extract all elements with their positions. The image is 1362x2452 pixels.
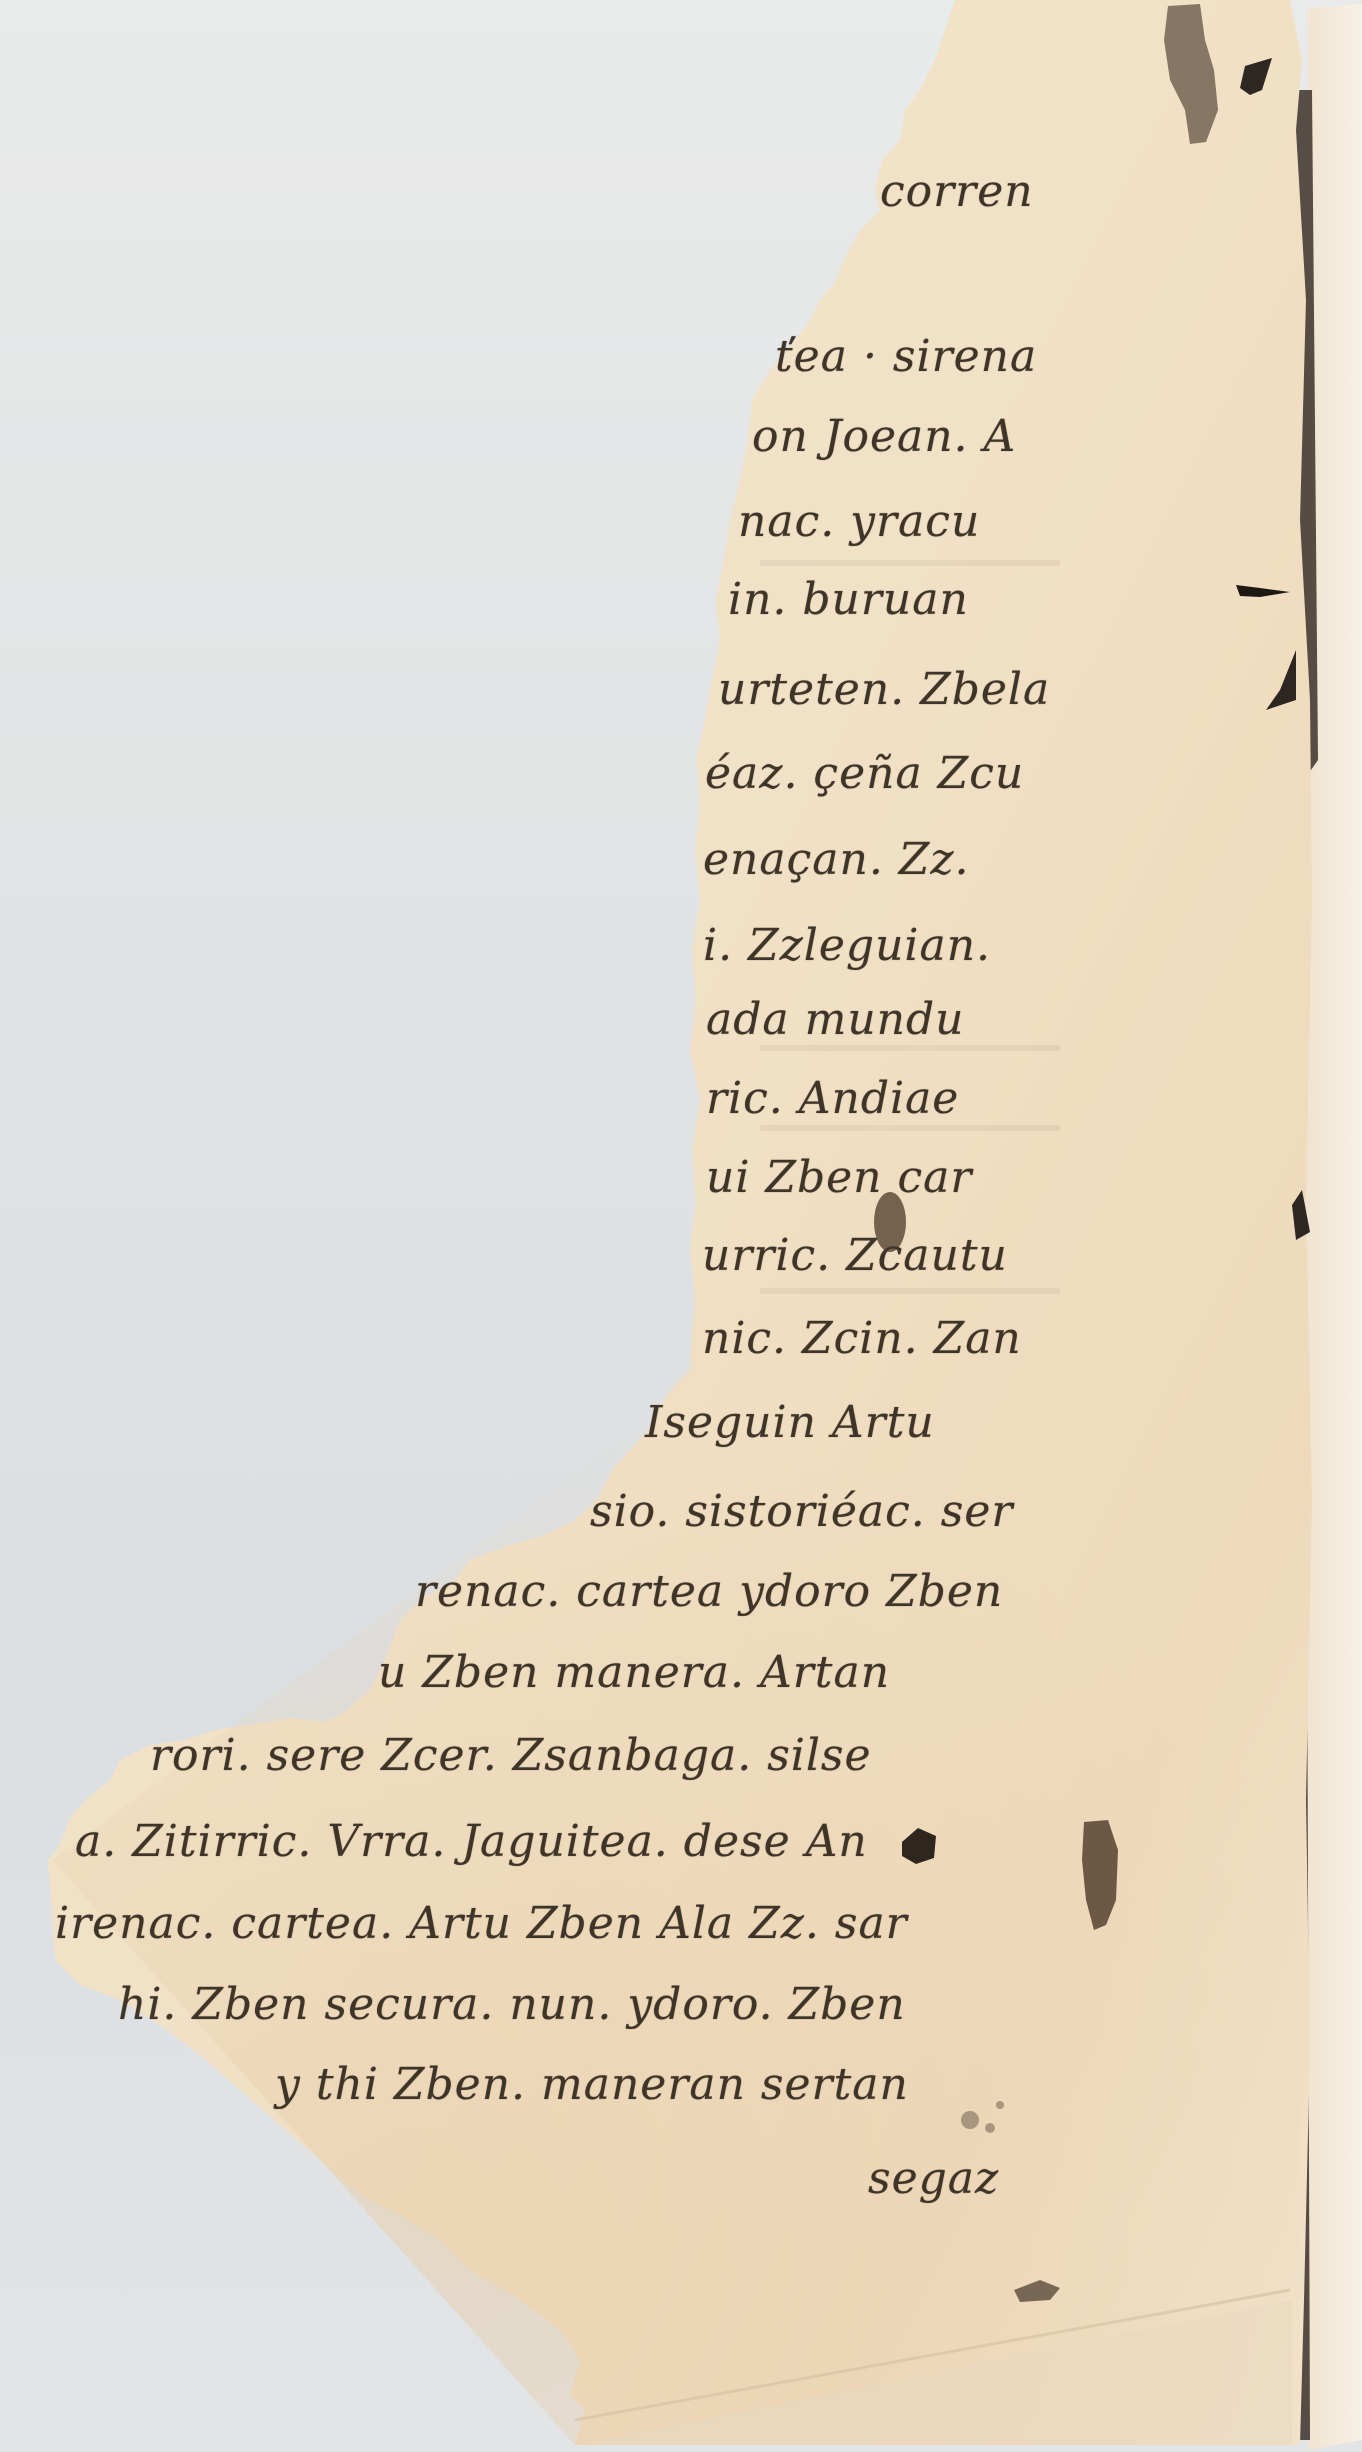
manuscript-line: ada mundu: [706, 998, 965, 1042]
manuscript-line: in. buruan: [728, 578, 969, 622]
manuscript-line: urteten. Zbela: [718, 668, 1050, 712]
manuscript-line: u Zben manera. Artan: [378, 1651, 890, 1695]
manuscript-line: Iseguin Artu: [645, 1401, 935, 1445]
manuscript-text: corren ťea · sirena on Joean. A nac. yra…: [0, 0, 1362, 2452]
manuscript-line: nic. Zcin. Zan: [702, 1317, 1022, 1361]
manuscript-line: sio. sistoriéac. ser: [590, 1490, 1013, 1534]
manuscript-scan: corren ťea · sirena on Joean. A nac. yra…: [0, 0, 1362, 2452]
manuscript-line: a. Zitirric. Vrra. Jaguitea. dese An: [75, 1820, 868, 1864]
manuscript-line: urric. Zcautu: [702, 1234, 1008, 1278]
manuscript-line: ric. Andiae: [706, 1077, 959, 1121]
manuscript-line: ui Zben car: [706, 1156, 972, 1200]
manuscript-line: i. Zzleguian.: [703, 924, 991, 968]
manuscript-line: enaçan. Zz.: [703, 838, 970, 882]
manuscript-line: éaz. çeña Zcu: [705, 752, 1024, 796]
manuscript-line: segaz: [868, 2157, 999, 2201]
manuscript-line: corren: [880, 170, 1034, 214]
manuscript-line: y thi Zben. maneran sertan: [275, 2063, 909, 2107]
manuscript-line: rori. sere Zcer. Zsanbaga. silse: [150, 1734, 872, 1778]
manuscript-line: renac. cartea ydoro Zben: [415, 1570, 1003, 1614]
manuscript-line: irenac. cartea. Artu Zben Ala Zz. sar: [55, 1902, 908, 1946]
manuscript-line: hi. Zben secura. nun. ydoro. Zben: [118, 1983, 906, 2027]
manuscript-line: nac. yracu: [738, 500, 980, 544]
manuscript-line: ťea · sirena: [775, 335, 1037, 379]
manuscript-line: on Joean. A: [752, 415, 1016, 459]
